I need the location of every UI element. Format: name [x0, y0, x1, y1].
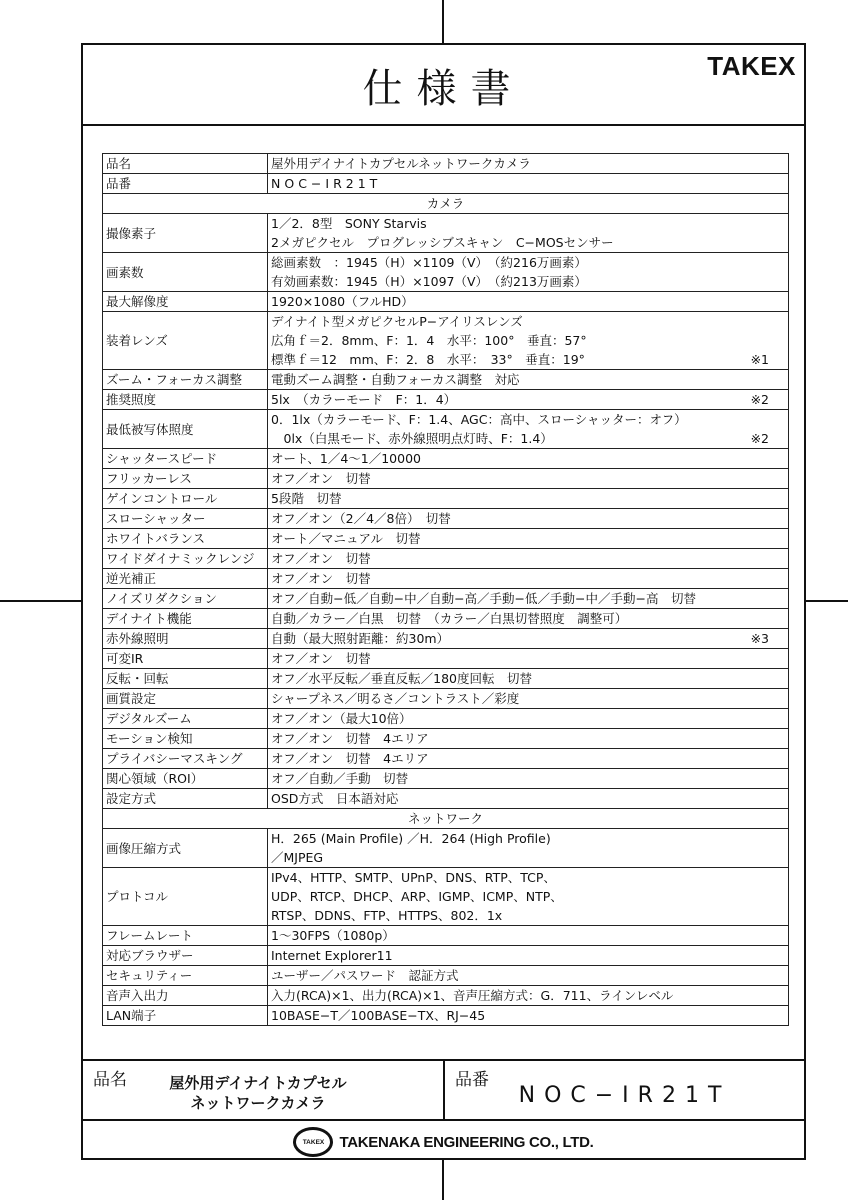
row-label: 対応ブラウザー — [103, 946, 268, 966]
value-text: UDP、RTCP、DHCP、ARP、IGMP、ICMP、NTP、 — [271, 887, 563, 906]
value-text: 入力(RCA)×1、出力(RCA)×1、音声圧縮方式：G．711、ラインレベル — [271, 986, 673, 1005]
table-row: 赤外線照明自動（最大照射距離：約30m）※3 — [103, 629, 789, 649]
row-label: LAN端子 — [103, 1006, 268, 1026]
row-label: 品番 — [103, 174, 268, 194]
table-row: フリッカーレスオフ／オン 切替 — [103, 469, 789, 489]
company-line: TAKEX TAKENAKA ENGINEERING CO., LTD. — [83, 1125, 804, 1159]
title-block-code-cell: 品番 NOC−IR21T — [445, 1061, 804, 1119]
value-text: オフ／オン 切替 4エリア — [271, 729, 429, 748]
row-value: オート、1／4〜1／10000 — [268, 449, 789, 469]
value-line: H．265 (Main Profile) ／H．264 (High Profil… — [271, 829, 785, 848]
value-line: オフ／オン（最大10倍） — [271, 709, 785, 728]
value-line: オフ／自動／手動 切替 — [271, 769, 785, 788]
table-row: ホワイトバランスオート／マニュアル 切替 — [103, 529, 789, 549]
value-text: 標準ｆ＝12 mm、F：2．8 水平： 33° 垂直：19° — [271, 350, 585, 369]
row-label: ワイドダイナミックレンジ — [103, 549, 268, 569]
registration-mark-left — [0, 600, 81, 602]
value-text: OSD方式 日本語対応 — [271, 789, 398, 808]
value-line: 1〜30FPS（1080p） — [271, 926, 785, 945]
row-label: 画質設定 — [103, 689, 268, 709]
row-value: オフ／水平反転／垂直反転／180度回転 切替 — [268, 669, 789, 689]
brand-logo: TAKEX — [707, 51, 796, 82]
value-text: Internet Explorer11 — [271, 946, 393, 965]
row-value: 1〜30FPS（1080p） — [268, 926, 789, 946]
row-label: 撮像素子 — [103, 214, 268, 253]
value-text: 5段階 切替 — [271, 489, 341, 508]
row-value: 5段階 切替 — [268, 489, 789, 509]
table-row: 画質設定シャープネス／明るさ／コントラスト／彩度 — [103, 689, 789, 709]
registration-mark-right — [806, 600, 848, 602]
footnote-mark: ※2 — [751, 429, 785, 448]
table-row: 反転・回転オフ／水平反転／垂直反転／180度回転 切替 — [103, 669, 789, 689]
row-label: シャッタースピード — [103, 449, 268, 469]
value-line: 入力(RCA)×1、出力(RCA)×1、音声圧縮方式：G．711、ラインレベル — [271, 986, 785, 1005]
table-row: ノイズリダクションオフ／自動−低／自動−中／自動−高／手動−低／手動−中／手動−… — [103, 589, 789, 609]
row-value: オフ／自動−低／自動−中／自動−高／手動−低／手動−中／手動−高 切替 — [268, 589, 789, 609]
row-value: オフ／オン（2／4／8倍） 切替 — [268, 509, 789, 529]
value-text: 自動（最大照射距離：約30m） — [271, 629, 449, 648]
value-line: 自動（最大照射距離：約30m）※3 — [271, 629, 785, 648]
table-row: 設定方式OSD方式 日本語対応 — [103, 789, 789, 809]
product-name-line1: 屋外用デイナイトカプセル — [138, 1073, 378, 1093]
value-text: IPv4、HTTP、SMTP、UPnP、DNS、RTP、TCP、 — [271, 868, 556, 887]
value-line: オフ／オン 切替 4エリア — [271, 749, 785, 768]
table-row: プライバシーマスキングオフ／オン 切替 4エリア — [103, 749, 789, 769]
row-label: 反転・回転 — [103, 669, 268, 689]
value-line: オフ／水平反転／垂直反転／180度回転 切替 — [271, 669, 785, 688]
value-line: OSD方式 日本語対応 — [271, 789, 785, 808]
document-header: 仕様書 TAKEX — [83, 45, 804, 126]
row-label: 逆光補正 — [103, 569, 268, 589]
value-line: Internet Explorer11 — [271, 946, 785, 965]
row-label: プロトコル — [103, 868, 268, 926]
table-row: 最低被写体照度0．1lx（カラーモード、F：1.4、AGC：高中、スローシャッタ… — [103, 410, 789, 449]
row-value: デイナイト型メガピクセルP−アイリスレンズ広角ｆ＝2．8mm、F：1．4 水平：… — [268, 312, 789, 370]
row-label: 画像圧縮方式 — [103, 829, 268, 868]
registration-mark-bottom — [442, 1160, 444, 1200]
row-value: IPv4、HTTP、SMTP、UPnP、DNS、RTP、TCP、UDP、RTCP… — [268, 868, 789, 926]
product-code: NOC−IR21T — [485, 1083, 764, 1108]
table-row: LAN端子10BASE−T／100BASE−TX、RJ−45 — [103, 1006, 789, 1026]
value-text: 有効画素数：1945（H）×1097（V） （約213万画素） — [271, 272, 587, 291]
row-value: NOC−IR21T — [268, 174, 789, 194]
row-value: オフ／オン 切替 — [268, 469, 789, 489]
row-label: 関心領域（ROI） — [103, 769, 268, 789]
value-line: デイナイト型メガピクセルP−アイリスレンズ — [271, 312, 785, 331]
table-row: 音声入出力入力(RCA)×1、出力(RCA)×1、音声圧縮方式：G．711、ライ… — [103, 986, 789, 1006]
table-row: ワイドダイナミックレンジオフ／オン 切替 — [103, 549, 789, 569]
value-line: オート／マニュアル 切替 — [271, 529, 785, 548]
value-text: ／MJPEG — [271, 848, 323, 867]
value-text: 総画素数 ：1945（H）×1109（V） （約216万画素） — [271, 253, 587, 272]
table-row: 画像圧縮方式H．265 (Main Profile) ／H．264 (High … — [103, 829, 789, 868]
value-line: オフ／オン 切替 4エリア — [271, 729, 785, 748]
section-title: ネットワーク — [103, 809, 789, 829]
value-line: オフ／オン 切替 — [271, 649, 785, 668]
table-row: デイナイト機能自動／カラー／白黒 切替 （カラー／白黒切替照度 調整可） — [103, 609, 789, 629]
row-value: オフ／オン 切替 4エリア — [268, 729, 789, 749]
row-value: OSD方式 日本語対応 — [268, 789, 789, 809]
value-line: IPv4、HTTP、SMTP、UPnP、DNS、RTP、TCP、 — [271, 868, 785, 887]
value-text: オフ／自動−低／自動−中／自動−高／手動−低／手動−中／手動−高 切替 — [271, 589, 696, 608]
value-line: ／MJPEG — [271, 848, 785, 867]
title-block-name-cell: 品名 屋外用デイナイトカプセル ネットワークカメラ — [83, 1061, 445, 1119]
table-row: プロトコルIPv4、HTTP、SMTP、UPnP、DNS、RTP、TCP、UDP… — [103, 868, 789, 926]
row-value: ユーザー／パスワード 認証方式 — [268, 966, 789, 986]
value-line: シャープネス／明るさ／コントラスト／彩度 — [271, 689, 785, 708]
value-line: 自動／カラー／白黒 切替 （カラー／白黒切替照度 調整可） — [271, 609, 785, 628]
row-label: スローシャッター — [103, 509, 268, 529]
table-row: 画素数総画素数 ：1945（H）×1109（V） （約216万画素）有効画素数：… — [103, 253, 789, 292]
value-line: 総画素数 ：1945（H）×1109（V） （約216万画素） — [271, 253, 785, 272]
table-row: 逆光補正オフ／オン 切替 — [103, 569, 789, 589]
row-value: 自動／カラー／白黒 切替 （カラー／白黒切替照度 調整可） — [268, 609, 789, 629]
value-line: 5lx （カラーモード F：1．4）※2 — [271, 390, 785, 409]
value-line: オフ／オン 切替 — [271, 569, 785, 588]
value-text: オフ／オン（最大10倍） — [271, 709, 412, 728]
table-row: シャッタースピードオート、1／4〜1／10000 — [103, 449, 789, 469]
table-row: 最大解像度1920×1080（フルHD） — [103, 292, 789, 312]
row-value: 総画素数 ：1945（H）×1109（V） （約216万画素）有効画素数：194… — [268, 253, 789, 292]
row-value: シャープネス／明るさ／コントラスト／彩度 — [268, 689, 789, 709]
row-label: 装着レンズ — [103, 312, 268, 370]
table-row: セキュリティーユーザー／パスワード 認証方式 — [103, 966, 789, 986]
value-text: 0lx（白黒モード、赤外線照明点灯時、F：1.4） — [271, 429, 553, 448]
value-line: オート、1／4〜1／10000 — [271, 449, 785, 468]
row-value: Internet Explorer11 — [268, 946, 789, 966]
page-title: 仕様書 — [83, 57, 804, 114]
value-line: 広角ｆ＝2．8mm、F：1．4 水平：100° 垂直：57° — [271, 331, 785, 350]
value-text: 1／2．8型 SONY Starvis — [271, 214, 427, 233]
value-line: オフ／自動−低／自動−中／自動−高／手動−低／手動−中／手動−高 切替 — [271, 589, 785, 608]
row-value: 電動ズーム調整・自動フォーカス調整 対応 — [268, 370, 789, 390]
value-line: 1／2．8型 SONY Starvis — [271, 214, 785, 233]
row-value: オフ／オン 切替 4エリア — [268, 749, 789, 769]
product-name-line2: ネットワークカメラ — [138, 1093, 378, 1113]
value-line: 10BASE−T／100BASE−TX、RJ−45 — [271, 1006, 785, 1025]
value-line: 標準ｆ＝12 mm、F：2．8 水平： 33° 垂直：19°※1 — [271, 350, 785, 369]
value-line: オフ／オン 切替 — [271, 469, 785, 488]
value-line: 2メガピクセル プログレッシブスキャン C−MOSセンサー — [271, 233, 785, 252]
row-label: 推奨照度 — [103, 390, 268, 410]
table-row: 関心領域（ROI）オフ／自動／手動 切替 — [103, 769, 789, 789]
table-row: スローシャッターオフ／オン（2／4／8倍） 切替 — [103, 509, 789, 529]
row-value: H．265 (Main Profile) ／H．264 (High Profil… — [268, 829, 789, 868]
value-text: 1920×1080（フルHD） — [271, 292, 414, 311]
registration-mark-top — [442, 0, 444, 43]
product-name: 屋外用デイナイトカプセル ネットワークカメラ — [138, 1073, 378, 1113]
table-row: 装着レンズデイナイト型メガピクセルP−アイリスレンズ広角ｆ＝2．8mm、F：1．… — [103, 312, 789, 370]
value-line: 5段階 切替 — [271, 489, 785, 508]
value-text: シャープネス／明るさ／コントラスト／彩度 — [271, 689, 519, 708]
row-label: デイナイト機能 — [103, 609, 268, 629]
row-label: モーション検知 — [103, 729, 268, 749]
title-block: 品名 屋外用デイナイトカプセル ネットワークカメラ 品番 NOC−IR21T T… — [83, 1059, 804, 1160]
table-row: 撮像素子1／2．8型 SONY Starvis2メガピクセル プログレッシブスキ… — [103, 214, 789, 253]
row-value: オフ／オン（最大10倍） — [268, 709, 789, 729]
value-text: 5lx （カラーモード F：1．4） — [271, 390, 456, 409]
row-label: セキュリティー — [103, 966, 268, 986]
table-row: デジタルズームオフ／オン（最大10倍） — [103, 709, 789, 729]
row-label: フリッカーレス — [103, 469, 268, 489]
name-label: 品名 — [93, 1065, 127, 1090]
value-text: オフ／オン 切替 — [271, 549, 371, 568]
table-row: ズーム・フォーカス調整電動ズーム調整・自動フォーカス調整 対応 — [103, 370, 789, 390]
value-line: オフ／オン 切替 — [271, 549, 785, 568]
value-text: 0．1lx（カラーモード、F：1.4、AGC：高中、スローシャッター：オフ） — [271, 410, 687, 429]
row-label: ノイズリダクション — [103, 589, 268, 609]
row-value: オフ／オン 切替 — [268, 649, 789, 669]
value-text: 10BASE−T／100BASE−TX、RJ−45 — [271, 1006, 485, 1025]
value-text: オフ／オン 切替 — [271, 469, 371, 488]
value-line: ユーザー／パスワード 認証方式 — [271, 966, 785, 985]
table-row-product-name: 品名 屋外用デイナイトカプセルネットワークカメラ — [103, 154, 789, 174]
value-text: 広角ｆ＝2．8mm、F：1．4 水平：100° 垂直：57° — [271, 331, 587, 350]
section-header-camera: カメラ — [103, 194, 789, 214]
row-label: ホワイトバランス — [103, 529, 268, 549]
row-label: ゲインコントロール — [103, 489, 268, 509]
table-row: 可変IRオフ／オン 切替 — [103, 649, 789, 669]
row-label: プライバシーマスキング — [103, 749, 268, 769]
code-label: 品番 — [455, 1065, 489, 1090]
value-line: UDP、RTCP、DHCP、ARP、IGMP、ICMP、NTP、 — [271, 887, 785, 906]
value-text: オフ／オン（2／4／8倍） 切替 — [271, 509, 451, 528]
value-text: オフ／オン 切替 4エリア — [271, 749, 429, 768]
row-value: オフ／自動／手動 切替 — [268, 769, 789, 789]
value-text: 自動／カラー／白黒 切替 （カラー／白黒切替照度 調整可） — [271, 609, 627, 628]
value-text: オフ／自動／手動 切替 — [271, 769, 408, 788]
value-text: オフ／オン 切替 — [271, 649, 371, 668]
value-text: 電動ズーム調整・自動フォーカス調整 対応 — [271, 370, 520, 389]
value-line: 0lx（白黒モード、赤外線照明点灯時、F：1.4）※2 — [271, 429, 785, 448]
table-row: ゲインコントロール5段階 切替 — [103, 489, 789, 509]
value-text: オフ／水平反転／垂直反転／180度回転 切替 — [271, 669, 532, 688]
row-value: オフ／オン 切替 — [268, 549, 789, 569]
row-label: 可変IR — [103, 649, 268, 669]
row-value: 0．1lx（カラーモード、F：1.4、AGC：高中、スローシャッター：オフ） 0… — [268, 410, 789, 449]
row-value: 10BASE−T／100BASE−TX、RJ−45 — [268, 1006, 789, 1026]
value-text: 1〜30FPS（1080p） — [271, 926, 395, 945]
value-line: 有効画素数：1945（H）×1097（V） （約213万画素） — [271, 272, 785, 291]
value-text: H．265 (Main Profile) ／H．264 (High Profil… — [271, 829, 551, 848]
row-value: 屋外用デイナイトカプセルネットワークカメラ — [268, 154, 789, 174]
value-text: オート、1／4〜1／10000 — [271, 449, 421, 468]
row-label: 品名 — [103, 154, 268, 174]
table-row: モーション検知オフ／オン 切替 4エリア — [103, 729, 789, 749]
title-block-product-row: 品名 屋外用デイナイトカプセル ネットワークカメラ 品番 NOC−IR21T — [83, 1061, 804, 1121]
table-row-product-code: 品番 NOC−IR21T — [103, 174, 789, 194]
row-label: ズーム・フォーカス調整 — [103, 370, 268, 390]
value-text: ユーザー／パスワード 認証方式 — [271, 966, 459, 985]
table-row: フレームレート1〜30FPS（1080p） — [103, 926, 789, 946]
row-label: 画素数 — [103, 253, 268, 292]
footnote-mark: ※1 — [751, 350, 785, 369]
row-value: 5lx （カラーモード F：1．4）※2 — [268, 390, 789, 410]
value-line: 電動ズーム調整・自動フォーカス調整 対応 — [271, 370, 785, 389]
value-text: 2メガピクセル プログレッシブスキャン C−MOSセンサー — [271, 233, 614, 252]
table-row: 対応ブラウザーInternet Explorer11 — [103, 946, 789, 966]
table-row: 推奨照度5lx （カラーモード F：1．4）※2 — [103, 390, 789, 410]
value-text: オフ／オン 切替 — [271, 569, 371, 588]
value-line: 1920×1080（フルHD） — [271, 292, 785, 311]
row-label: 最低被写体照度 — [103, 410, 268, 449]
row-value: 自動（最大照射距離：約30m）※3 — [268, 629, 789, 649]
row-value: 1／2．8型 SONY Starvis2メガピクセル プログレッシブスキャン C… — [268, 214, 789, 253]
value-text: オート／マニュアル 切替 — [271, 529, 421, 548]
value-line: 0．1lx（カラーモード、F：1.4、AGC：高中、スローシャッター：オフ） — [271, 410, 785, 429]
value-text: デイナイト型メガピクセルP−アイリスレンズ — [271, 312, 523, 331]
row-label: 音声入出力 — [103, 986, 268, 1006]
row-value: 1920×1080（フルHD） — [268, 292, 789, 312]
section-header-network: ネットワーク — [103, 809, 789, 829]
row-label: 赤外線照明 — [103, 629, 268, 649]
value-line: RTSP、DDNS、FTP、HTTPS、802．1x — [271, 906, 785, 925]
row-value: オフ／オン 切替 — [268, 569, 789, 589]
row-value: 入力(RCA)×1、出力(RCA)×1、音声圧縮方式：G．711、ラインレベル — [268, 986, 789, 1006]
spec-table: 品名 屋外用デイナイトカプセルネットワークカメラ 品番 NOC−IR21T カメ… — [102, 153, 789, 1026]
footnote-mark: ※3 — [751, 629, 785, 648]
value-line: オフ／オン（2／4／8倍） 切替 — [271, 509, 785, 528]
takex-oval-logo-icon: TAKEX — [293, 1127, 333, 1157]
section-title: カメラ — [103, 194, 789, 214]
company-name: TAKENAKA ENGINEERING CO., LTD. — [339, 1134, 593, 1151]
footnote-mark: ※2 — [751, 390, 785, 409]
document-frame: 仕様書 TAKEX 品名 屋外用デイナイトカプセルネットワークカメラ 品番 NO… — [81, 43, 806, 1160]
row-label: デジタルズーム — [103, 709, 268, 729]
row-label: 設定方式 — [103, 789, 268, 809]
row-value: オート／マニュアル 切替 — [268, 529, 789, 549]
row-label: 最大解像度 — [103, 292, 268, 312]
value-text: RTSP、DDNS、FTP、HTTPS、802．1x — [271, 906, 502, 925]
row-label: フレームレート — [103, 926, 268, 946]
